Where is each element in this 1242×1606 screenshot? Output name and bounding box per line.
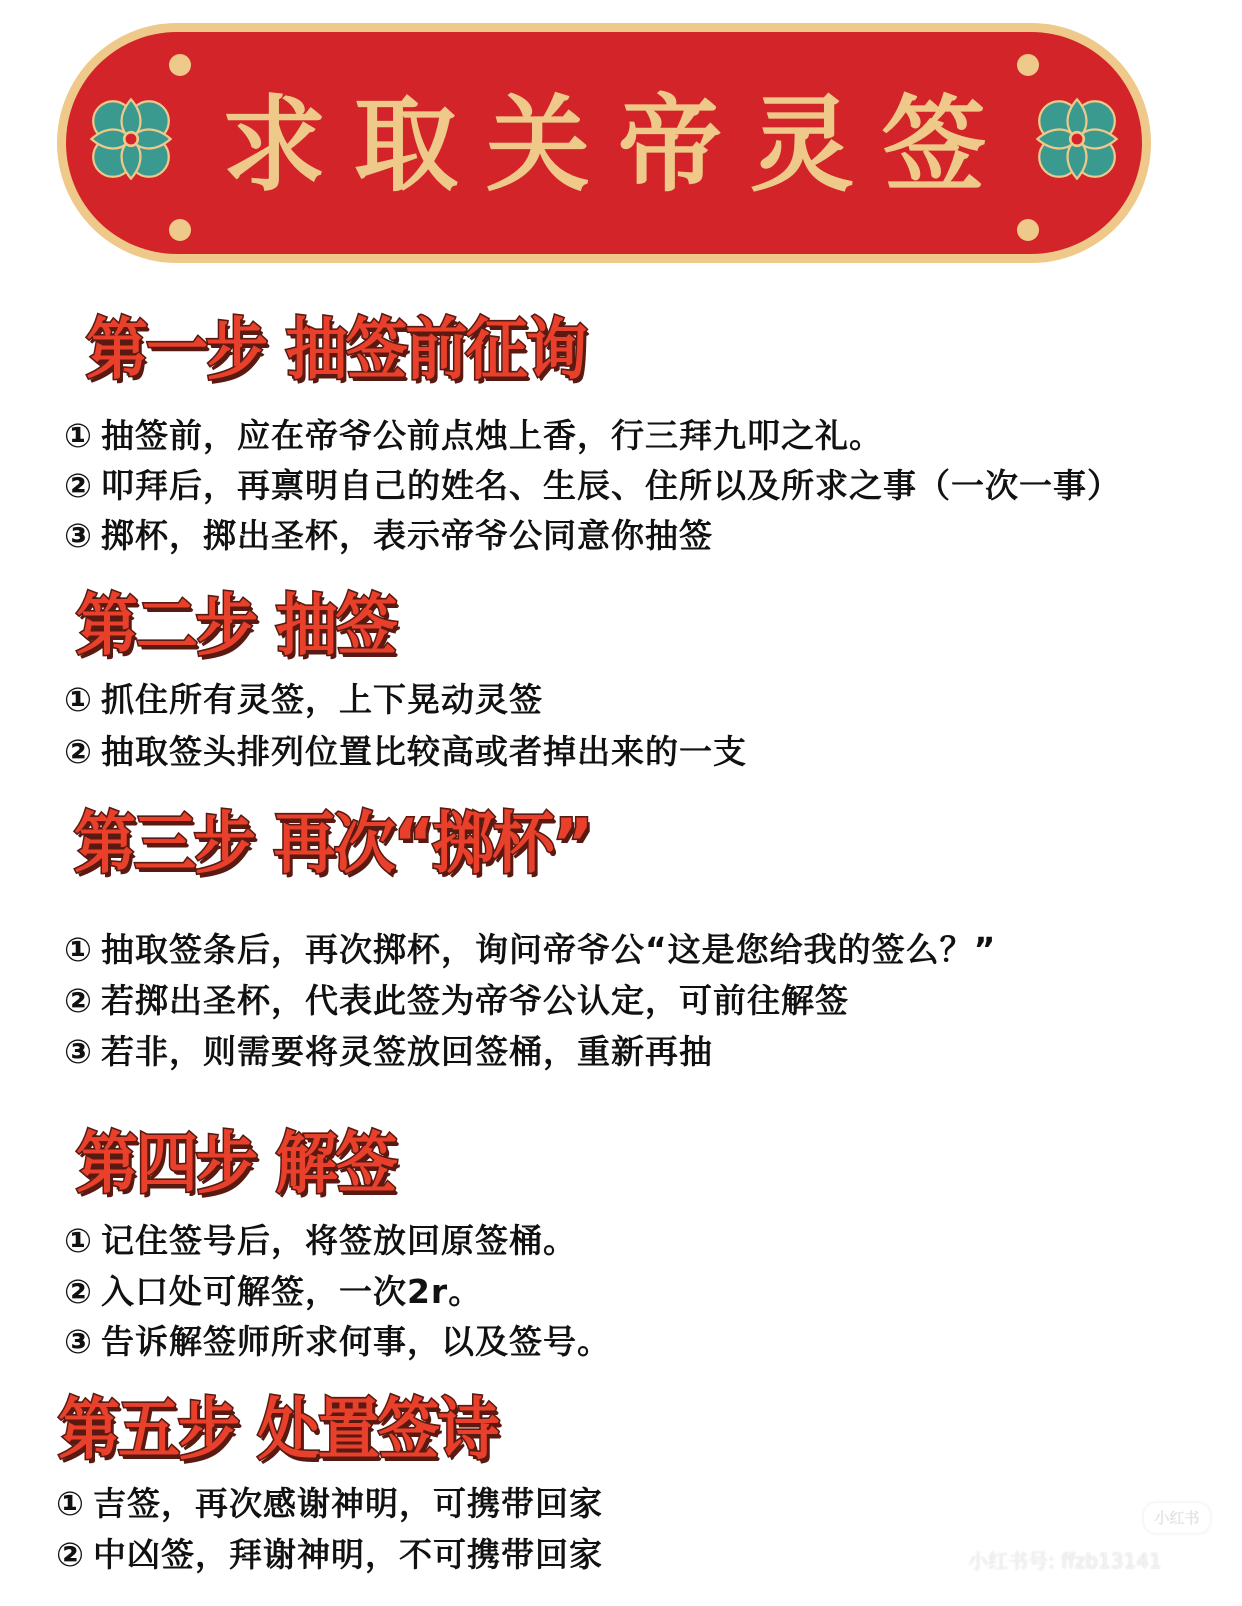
circled-number: ① [64, 680, 93, 720]
item-text: 若非，则需要将灵签放回签桶，重新再抽 [101, 1032, 713, 1071]
dot-ornament [1017, 219, 1039, 241]
title-banner: 求取关帝灵签 [57, 23, 1151, 263]
circled-number: ① [64, 1221, 93, 1261]
watermark-logo: 小红书 [1144, 1503, 1210, 1533]
circled-number: ③ [64, 516, 93, 556]
step-5-heading: 第五步 处置签诗 [58, 1392, 498, 1468]
step-3-item-1: ①抽取签条后，再次掷杯，询问帝爷公“这是您给我的签么？” [64, 930, 996, 970]
page-title: 求取关帝灵签 [66, 90, 1142, 200]
step-2-heading: 第二步 抽签 [76, 588, 396, 664]
circled-number: ① [56, 1484, 85, 1524]
step-2-item-2: ②抽取签头排列位置比较高或者掉出来的一支 [64, 732, 747, 772]
step-5-item-2: ②中凶签，拜谢神明，不可携带回家 [56, 1535, 603, 1575]
circled-number: ③ [64, 1322, 93, 1362]
item-text: 告诉解签师所求何事，以及签号。 [101, 1322, 611, 1361]
circled-number: ③ [64, 1032, 93, 1072]
item-text: 记住签号后，将签放回原签桶。 [101, 1221, 577, 1260]
step-4-item-2: ②入口处可解签，一次2r。 [64, 1272, 482, 1312]
item-text: 叩拜后，再禀明自己的姓名、生辰、住所以及所求之事（一次一事） [101, 466, 1121, 505]
circled-number: ② [64, 466, 93, 506]
item-text: 若掷出圣杯，代表此签为帝爷公认定，可前往解签 [101, 981, 849, 1020]
item-text: 吉签，再次感谢神明，可携带回家 [93, 1484, 603, 1523]
circled-number: ① [64, 930, 93, 970]
step-1-item-3: ③掷杯，掷出圣杯，表示帝爷公同意你抽签 [64, 516, 713, 556]
dot-ornament [169, 219, 191, 241]
step-5-item-1: ①吉签，再次感谢神明，可携带回家 [56, 1484, 603, 1524]
step-1-item-1: ①抽签前，应在帝爷公前点烛上香，行三拜九叩之礼。 [64, 416, 883, 456]
step-4-heading: 第四步 解签 [76, 1126, 396, 1202]
item-text: 掷杯，掷出圣杯，表示帝爷公同意你抽签 [101, 516, 713, 555]
step-2-item-1: ①抓住所有灵签，上下晃动灵签 [64, 680, 543, 720]
item-text: 抽取签头排列位置比较高或者掉出来的一支 [101, 732, 747, 771]
step-3-item-3: ③若非，则需要将灵签放回签桶，重新再抽 [64, 1032, 713, 1072]
step-1-item-2: ②叩拜后，再禀明自己的姓名、生辰、住所以及所求之事（一次一事） [64, 466, 1121, 506]
dot-ornament [1017, 54, 1039, 76]
circled-number: ② [56, 1535, 85, 1575]
step-1-heading: 第一步 抽签前征询 [86, 312, 586, 388]
dot-ornament [169, 54, 191, 76]
title-banner-inner: 求取关帝灵签 [66, 32, 1142, 254]
step-3-heading: 第三步 再次“掷杯” [74, 806, 591, 882]
item-text: 入口处可解签，一次2r。 [101, 1272, 482, 1311]
item-text: 抓住所有灵签，上下晃动灵签 [101, 680, 543, 719]
circled-number: ② [64, 1272, 93, 1312]
circled-number: ② [64, 732, 93, 772]
circled-number: ① [64, 416, 93, 456]
step-3-item-2: ②若掷出圣杯，代表此签为帝爷公认定，可前往解签 [64, 981, 849, 1021]
item-text: 中凶签，拜谢神明，不可携带回家 [93, 1535, 603, 1574]
step-4-item-1: ①记住签号后，将签放回原签桶。 [64, 1221, 577, 1261]
circled-number: ② [64, 981, 93, 1021]
watermark-account: 小红书号: ffzb13141 [968, 1547, 1162, 1575]
item-text: 抽取签条后，再次掷杯，询问帝爷公“这是您给我的签么？” [101, 930, 996, 969]
step-4-item-3: ③告诉解签师所求何事，以及签号。 [64, 1322, 611, 1362]
item-text: 抽签前，应在帝爷公前点烛上香，行三拜九叩之礼。 [101, 416, 883, 455]
